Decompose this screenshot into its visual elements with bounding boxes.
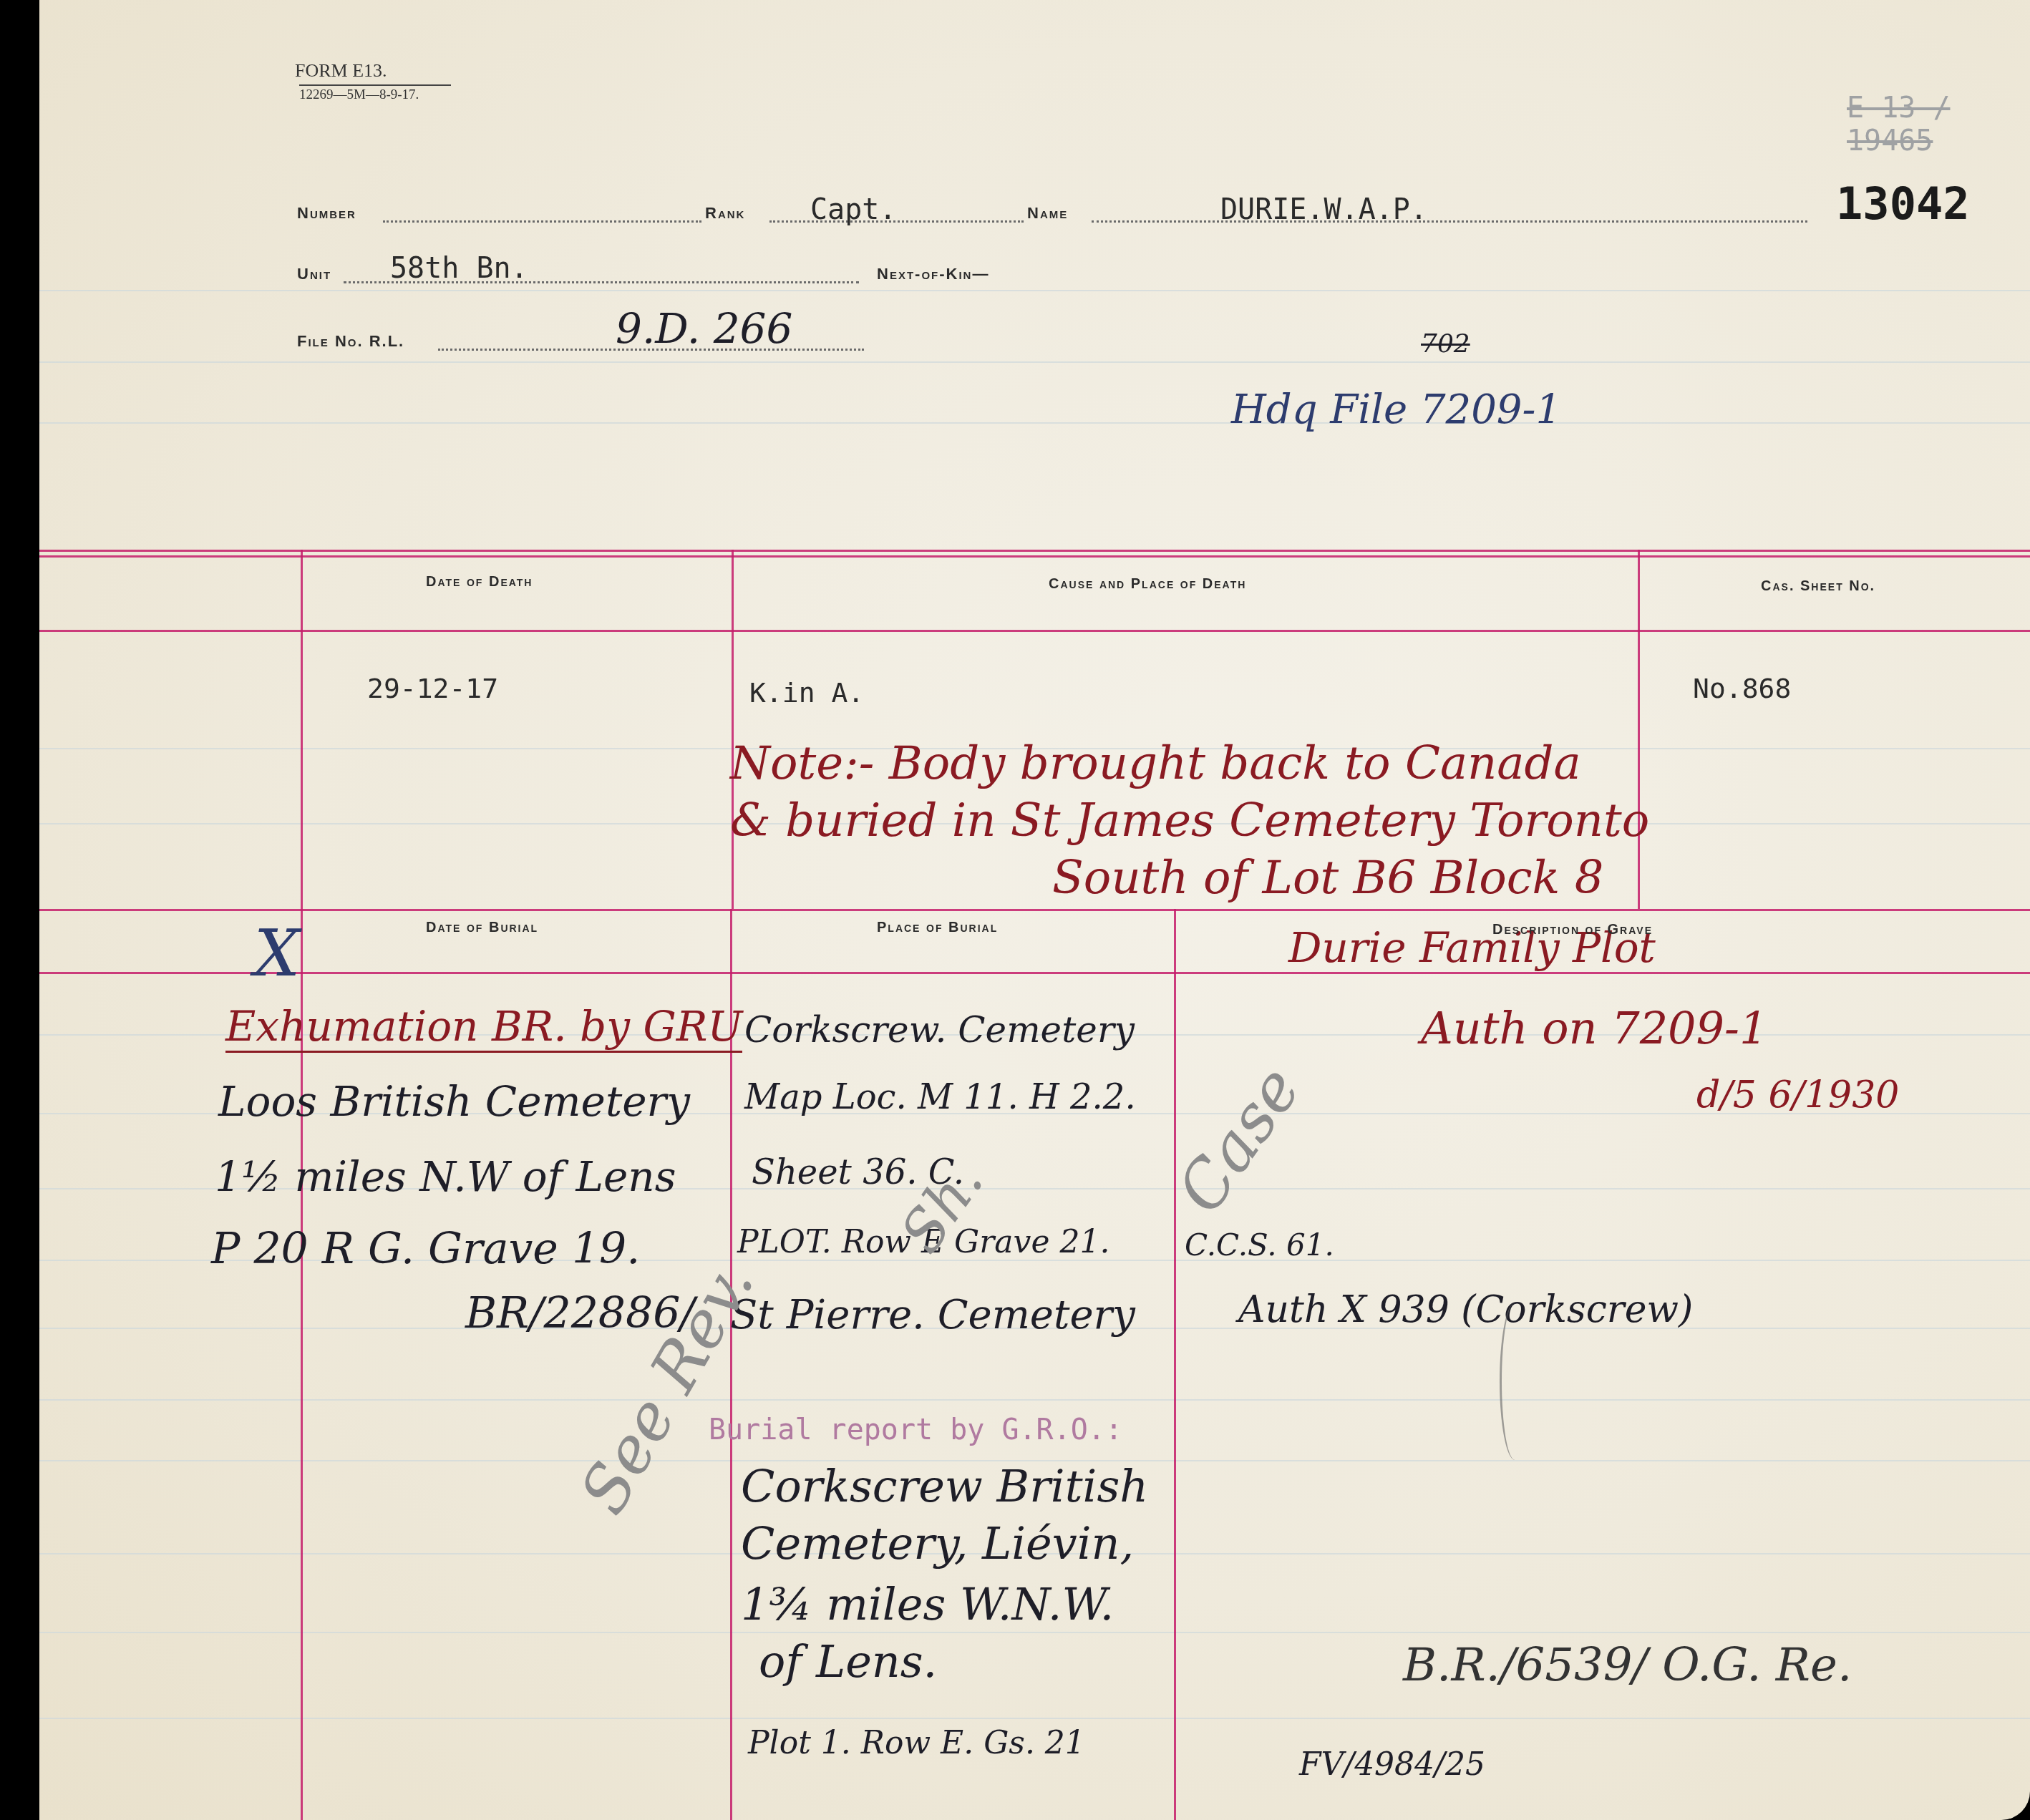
next-of-kin-label: Next-of-Kin— xyxy=(877,265,989,283)
ruled-line xyxy=(39,422,2030,424)
rank-field-line xyxy=(769,220,1024,223)
form-title: FORM E13. xyxy=(295,60,387,82)
exhumation-note: Exhumation BR. by GRU xyxy=(225,1002,742,1053)
unit-label: Unit xyxy=(297,265,331,283)
form-title-underline xyxy=(299,84,451,86)
rank-label: Rank xyxy=(705,204,745,223)
crossed-number: 702 xyxy=(1421,329,1470,359)
top-right-stamp-number: 13042 xyxy=(1836,177,1970,230)
place-col-line-2: Map Loc. M 11. H 2.2. xyxy=(744,1077,1136,1117)
cas-sheet-no-value: No.868 xyxy=(1693,673,1791,704)
auth-date: d/5 6/1930 xyxy=(1696,1074,1899,1116)
file-no-label: File No. R.L. xyxy=(297,332,404,351)
place-col-line-1: Corkscrew. Cemetery xyxy=(744,1009,1135,1051)
ruled-line xyxy=(39,290,2030,291)
header-cause-place-of-death: Cause and Place of Death xyxy=(1049,576,1246,593)
gro-line-4: of Lens. xyxy=(759,1635,937,1688)
name-label: Name xyxy=(1027,204,1068,223)
ruled-line xyxy=(39,1718,2030,1719)
hdq-file: Hdq File 7209-1 xyxy=(1231,386,1561,433)
file-no-value: 9.D. 266 xyxy=(616,304,792,353)
note-line-2: & buried in St James Cemetery Toronto xyxy=(730,794,1649,847)
death-header-bottom-line xyxy=(39,630,2030,632)
gro-line-3: 1¾ miles W.N.W. xyxy=(741,1578,1114,1630)
gro-line-2: Cemetery, Liévin, xyxy=(741,1517,1134,1570)
name-field-line xyxy=(1092,220,1807,223)
header-cas-sheet-no: Cas. Sheet No. xyxy=(1761,578,1875,595)
death-col-divider-1 xyxy=(732,550,734,909)
death-col-divider-2 xyxy=(1638,550,1640,909)
top-right-crossed-number: E-13 / 19465 xyxy=(1847,92,2030,157)
date-col-line-4: P 20 R G. Grave 19. xyxy=(211,1224,640,1274)
date-col-line-3: 1½ miles N.W of Lens xyxy=(215,1152,676,1201)
burial-col-divider-2 xyxy=(1174,909,1176,1820)
x-mark: X xyxy=(254,916,300,991)
header-place-of-burial: Place of Burial xyxy=(877,920,998,936)
cause-of-death-value: K.in A. xyxy=(749,677,864,709)
ruled-line xyxy=(39,1399,2030,1401)
place-col-line-5: St Pierre. Cemetery xyxy=(730,1292,1135,1338)
date-col-line-2: Loos British Cemetery xyxy=(218,1077,690,1126)
number-field xyxy=(383,220,701,223)
note-line-3: South of Lot B6 Block 8 xyxy=(1052,852,1603,905)
unit-value: 58th Bn. xyxy=(390,252,528,285)
note-line-1: Note:- Body brought back to Canada xyxy=(730,737,1581,790)
ccs-note: C.C.S. 61. xyxy=(1185,1227,1334,1262)
table-top-line-2 xyxy=(39,555,2030,558)
br-ref-bottom: B.R./6539/ O.G. Re. xyxy=(1403,1639,1852,1692)
bracket-mark xyxy=(1500,1303,1530,1460)
plot-line: Plot 1. Row E. Gs. 21 xyxy=(748,1725,1085,1761)
ruled-line xyxy=(39,1632,2030,1633)
rank-value: Capt. xyxy=(810,193,896,226)
gro-line-1: Corkscrew British xyxy=(741,1460,1148,1512)
auth-note: Auth on 7209-1 xyxy=(1421,1002,1767,1054)
burial-header-bottom-line xyxy=(39,972,2030,974)
table-top-line-1 xyxy=(39,550,2030,552)
date-of-death-value: 29-12-17 xyxy=(367,673,498,704)
header-date-of-death: Date of Death xyxy=(426,574,533,590)
auth-x939: Auth X 939 (Corkscrew) xyxy=(1238,1288,1693,1331)
header-description-of-grave: Description of Grave xyxy=(1492,922,1653,938)
number-label: Number xyxy=(297,204,356,223)
name-value: DURIE.W.A.P. xyxy=(1220,193,1427,226)
fv-ref: FV/4984/25 xyxy=(1299,1746,1485,1783)
form-print-code: 12269—5M—8-9-17. xyxy=(299,87,419,103)
ruled-line xyxy=(39,361,2030,363)
burial-report-stamp: Burial report by G.R.O.: xyxy=(709,1413,1122,1446)
header-date-of-burial: Date of Burial xyxy=(426,920,538,936)
burial-header-top-line xyxy=(39,909,2030,911)
